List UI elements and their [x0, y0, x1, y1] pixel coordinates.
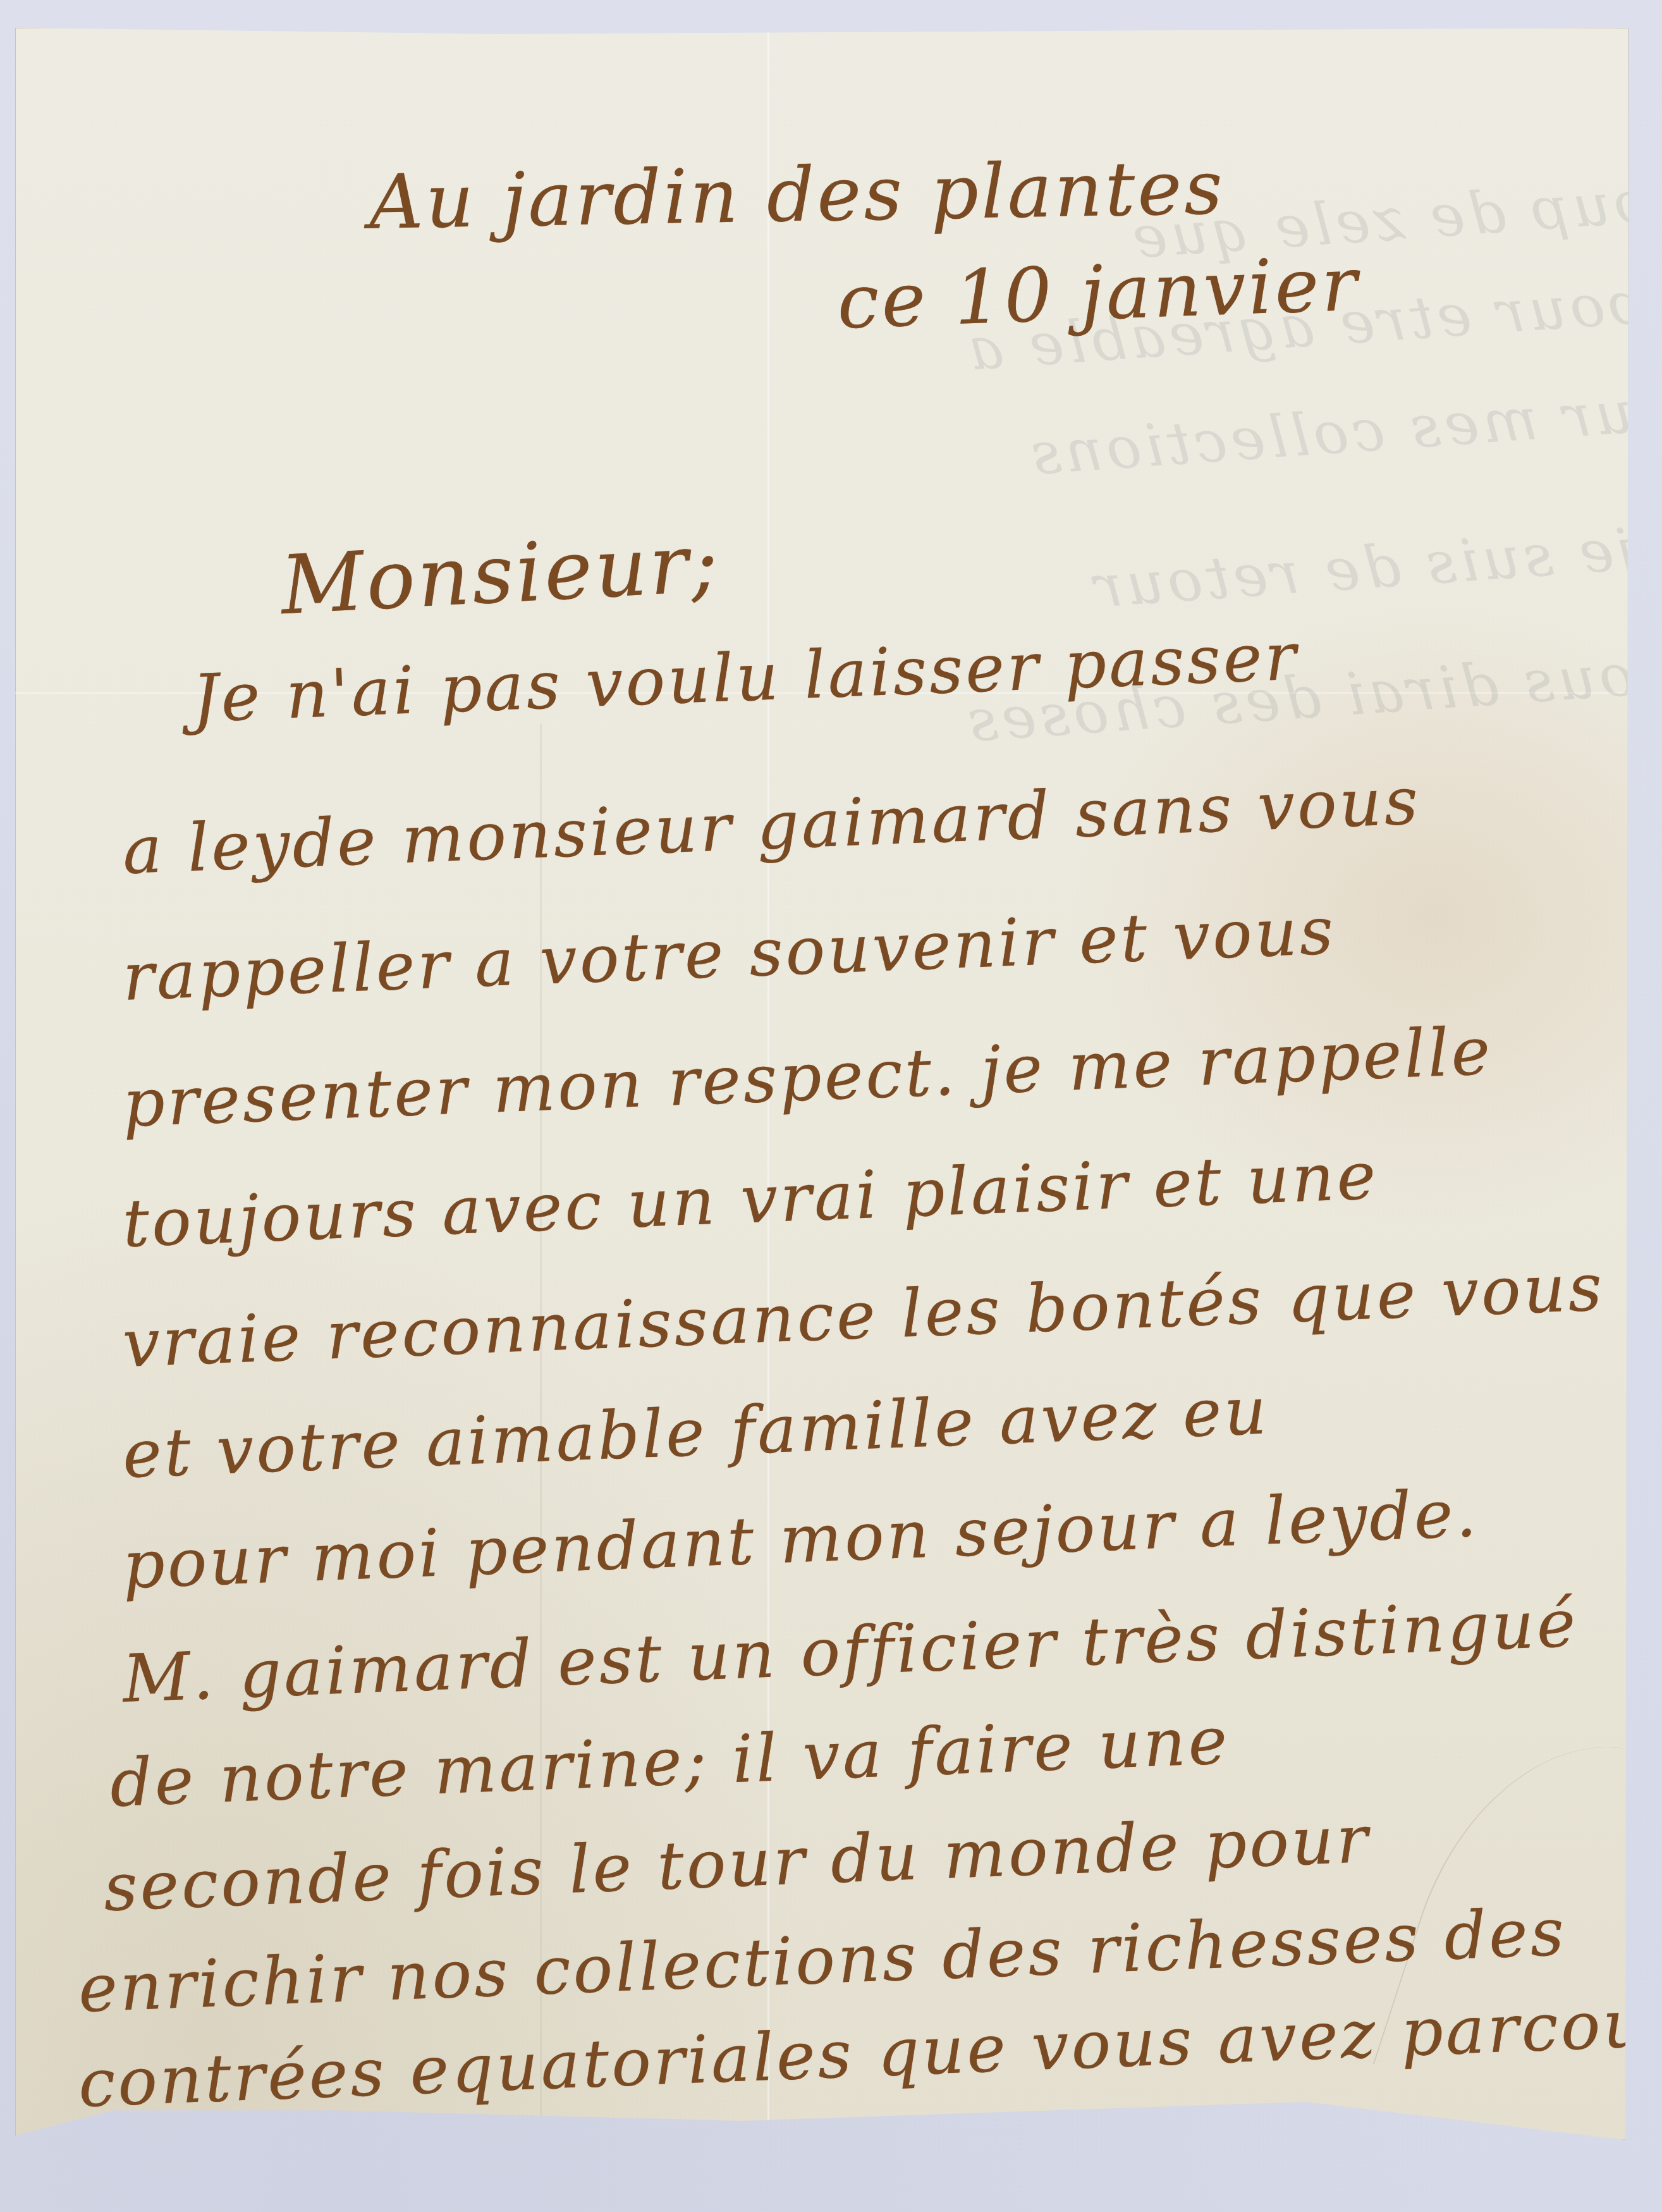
- body-line: de notre marine; il va faire une: [109, 1702, 1231, 1822]
- bleed-through-text: garder pour mes collections: [1025, 356, 1662, 488]
- letter-place: Au jardin des plantes: [369, 144, 1226, 246]
- body-line: presenter mon respect. je me rappelle: [121, 1012, 1494, 1142]
- body-line: et votre aimable famille avez eu: [121, 1372, 1271, 1493]
- body-line: pour moi pendant mon sejour a leyde.: [121, 1475, 1481, 1604]
- body-line: toujours avec un vrai plaisir et une: [121, 1137, 1379, 1262]
- body-line: vraie reconnaissance les bontés que vous: [121, 1248, 1606, 1382]
- bleed-through-text: depuis que je suis de retour: [1089, 489, 1662, 621]
- letter-sheet: avec beaucoup de zele que je vous engage…: [15, 28, 1628, 2140]
- letter-salutation: Monsieur;: [279, 516, 723, 633]
- body-line: M. gaimard est un officier très distingu…: [121, 1585, 1580, 1717]
- body-line: rappeller a votre souvenir et vous: [121, 892, 1337, 1016]
- body-line: a leyde monsieur gaimard sans vous: [121, 762, 1422, 889]
- letter-date: ce 10 janvier: [836, 240, 1361, 346]
